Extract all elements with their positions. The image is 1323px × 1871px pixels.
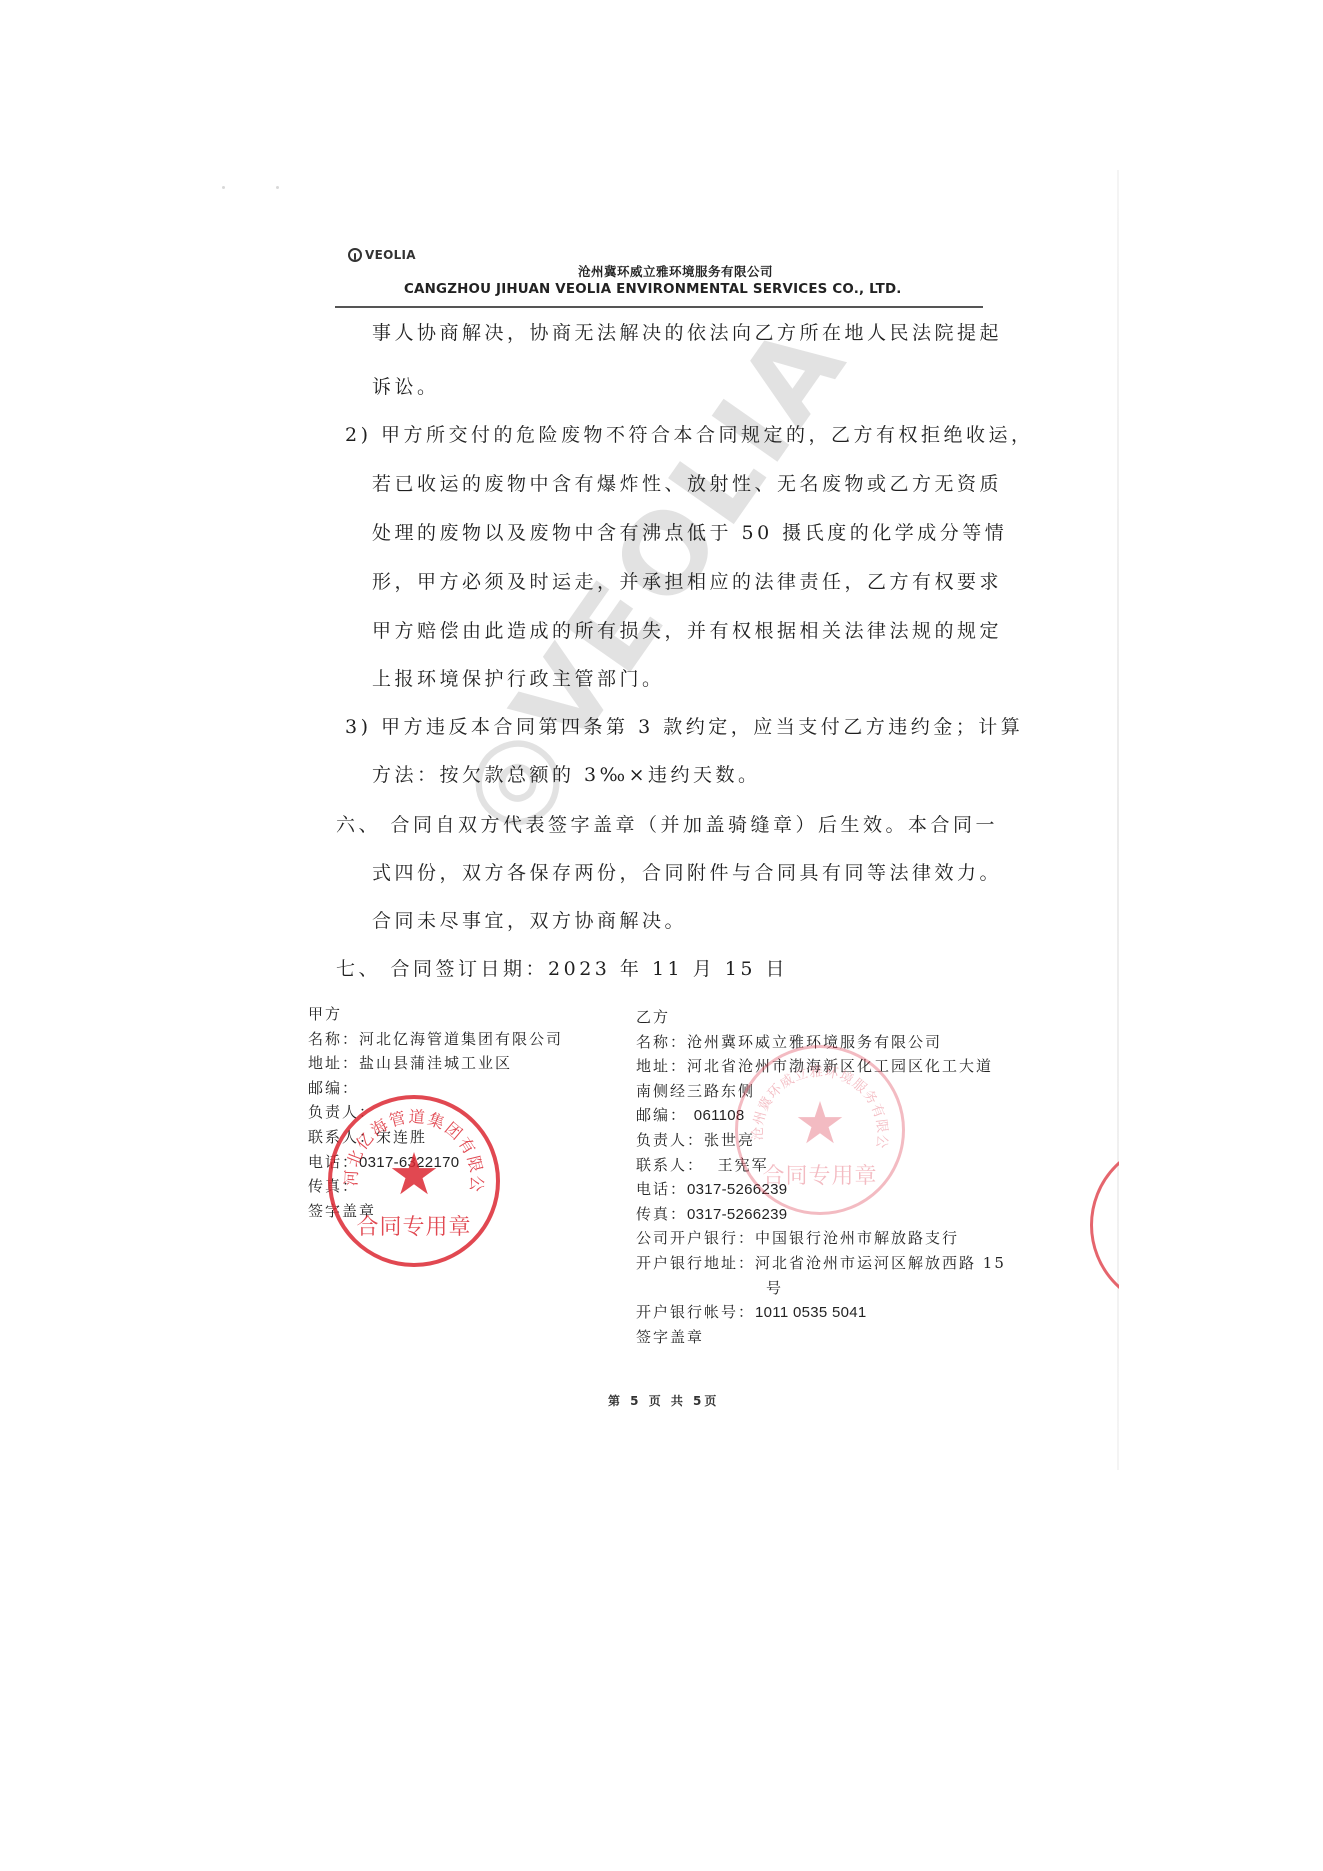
party-b-signature-row: 签字盖章 xyxy=(636,1325,1006,1350)
party-a-manager-row: 负责人： xyxy=(308,1100,563,1125)
party-b-bank-address: 河北省沧州市运河区解放西路 15 xyxy=(755,1254,1006,1272)
header-company-cn: 沧州冀环威立雅环境服务有限公司 xyxy=(578,262,773,280)
body-line: 诉讼。 xyxy=(372,372,440,399)
logo-text: VEOLIA xyxy=(365,248,416,262)
party-a-phone-row: 电话：0317-6322170 xyxy=(308,1150,563,1175)
veolia-logo-icon xyxy=(348,248,362,262)
party-b-address-cont: 南侧经三路东侧 xyxy=(636,1079,1006,1104)
veolia-logo: VEOLIA xyxy=(348,248,416,262)
clause-3-line: 3) 甲方违反本合同第四条第 3 款约定，应当支付乙方违约金；计算 xyxy=(345,712,1023,739)
party-b-title: 乙方 xyxy=(636,1005,1006,1030)
header-company-en: CANGZHOU JIHUAN VEOLIA ENVIRONMENTAL SER… xyxy=(404,282,902,297)
party-a-address: 盐山县蒲洼城工业区 xyxy=(359,1054,512,1072)
party-b-contact: 王宪军 xyxy=(718,1156,769,1174)
party-b-account: 1011 0535 5041 xyxy=(755,1304,867,1321)
body-line: 形，甲方必须及时运走，并承担相应的法律责任，乙方有权要求 xyxy=(372,567,1002,594)
party-a-fax-row: 传真： xyxy=(308,1174,563,1199)
party-a-name-row: 名称：河北亿海管道集团有限公司 xyxy=(308,1027,563,1052)
body-line: 上报环境保护行政主管部门。 xyxy=(372,664,665,691)
party-b-name: 沧州冀环威立雅环境服务有限公司 xyxy=(687,1033,942,1051)
body-line: 若已收运的废物中含有爆炸性、放射性、无名废物或乙方无资质 xyxy=(372,469,1002,496)
clause-2-line: 2) 甲方所交付的危险废物不符合本合同规定的，乙方有权拒绝收运， xyxy=(345,420,1034,447)
body-line: 合同未尽事宜，双方协商解决。 xyxy=(372,906,687,933)
party-b-bank: 中国银行沧州市解放路支行 xyxy=(755,1229,959,1247)
party-a-contact-row: 联系人：宋连胜 xyxy=(308,1125,563,1150)
party-b-fax: 0317-5266239 xyxy=(687,1206,787,1223)
body-line: 甲方赔偿由此造成的所有损失，并有权根据相关法律法规的规定 xyxy=(372,616,1002,643)
page-margin xyxy=(1119,0,1323,1871)
party-a-address-row: 地址：盐山县蒲洼城工业区 xyxy=(308,1051,563,1076)
body-line: 事人协商解决，协商无法解决的依法向乙方所在地人民法院提起 xyxy=(372,318,1002,345)
party-a-contact: 宋连胜 xyxy=(376,1128,427,1146)
article-7-signing-date: 七、 合同签订日期：2023 年 11 月 15 日 xyxy=(336,954,788,981)
body-line: 处理的废物以及废物中含有沸点低于 50 摄氏度的化学成分等情 xyxy=(372,518,1007,545)
party-b-manager-row: 负责人：张世亮 xyxy=(636,1128,1006,1153)
party-b-phone-row: 电话：0317-5266239 xyxy=(636,1177,1006,1202)
party-b-contact-row: 联系人： 王宪军 xyxy=(636,1153,1006,1178)
party-b-fax-row: 传真：0317-5266239 xyxy=(636,1202,1006,1227)
party-b-manager: 张世亮 xyxy=(704,1131,755,1149)
party-b-postcode-row: 邮编： 061108 xyxy=(636,1103,1006,1128)
party-b-name-row: 名称：沧州冀环威立雅环境服务有限公司 xyxy=(636,1030,1006,1055)
party-a-signature-row: 签字盖章 xyxy=(308,1199,563,1224)
party-b-bank-address-cont: 号 xyxy=(636,1276,1006,1301)
body-line: 式四份，双方各保存两份，合同附件与合同具有同等法律效力。 xyxy=(372,858,1002,885)
party-b-address: 河北省沧州市渤海新区化工园区化工大道 xyxy=(687,1057,993,1075)
party-a-block: 甲方 名称：河北亿海管道集团有限公司 地址：盐山县蒲洼城工业区 邮编： 负责人：… xyxy=(308,1002,563,1223)
party-b-address-row: 地址：河北省沧州市渤海新区化工园区化工大道 xyxy=(636,1054,1006,1079)
party-b-postcode: 061108 xyxy=(694,1107,745,1124)
party-a-name: 河北亿海管道集团有限公司 xyxy=(359,1030,563,1048)
page-indicator: 第 5 页 共 5页 xyxy=(608,1392,719,1409)
party-a-phone: 0317-6322170 xyxy=(359,1154,459,1171)
party-b-bank-row: 公司开户银行：中国银行沧州市解放路支行 xyxy=(636,1226,1006,1251)
article-6-line: 六、 合同自双方代表签字盖章（并加盖骑缝章）后生效。本合同一 xyxy=(336,810,998,837)
party-b-account-row: 开户银行帐号：1011 0535 5041 xyxy=(636,1300,1006,1325)
party-a-postcode-row: 邮编： xyxy=(308,1076,563,1101)
party-b-block: 乙方 名称：沧州冀环威立雅环境服务有限公司 地址：河北省沧州市渤海新区化工园区化… xyxy=(636,1005,1006,1349)
body-line: 方法：按欠款总额的 3‰×违约天数。 xyxy=(372,760,761,787)
scan-speck xyxy=(222,186,225,189)
party-b-bank-address-row: 开户银行地址：河北省沧州市运河区解放西路 15 xyxy=(636,1251,1006,1276)
party-b-phone: 0317-5266239 xyxy=(687,1181,787,1198)
scan-speck xyxy=(276,186,279,189)
party-a-title: 甲方 xyxy=(308,1002,563,1027)
header-divider xyxy=(335,306,983,308)
